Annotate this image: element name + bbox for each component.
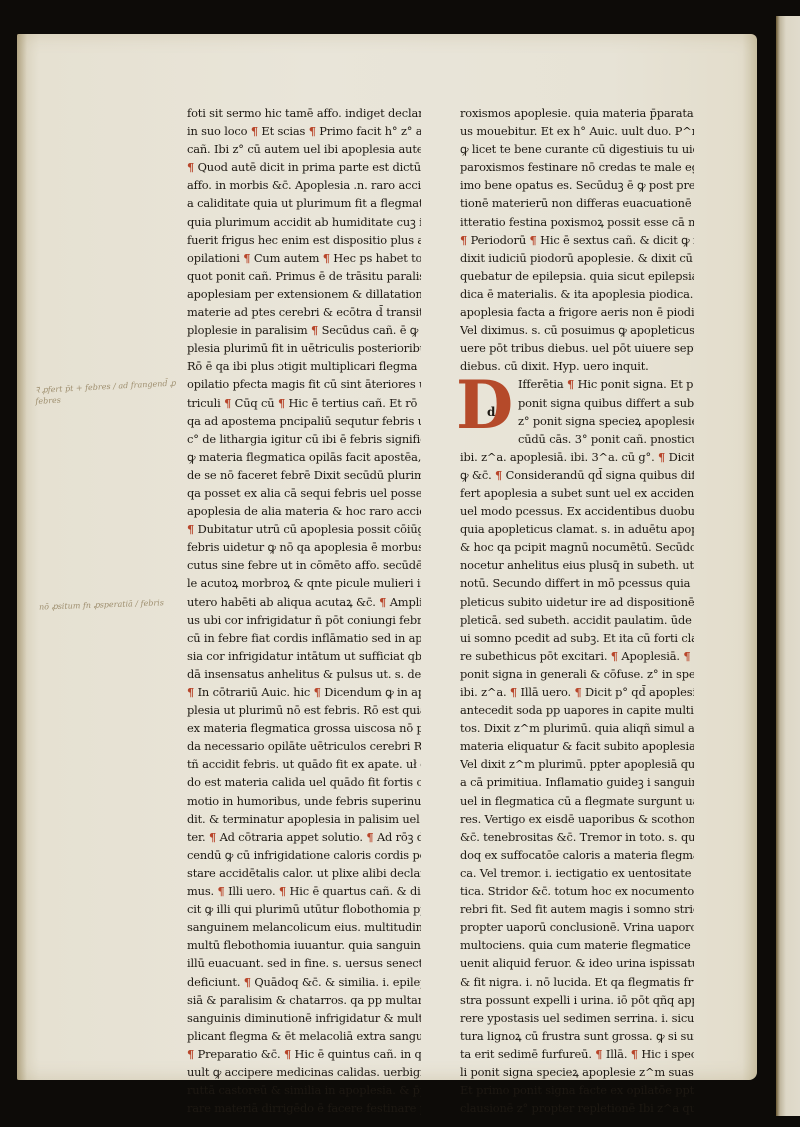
text-line: plicant flegma & ēt melacoliā extra sang… bbox=[187, 1027, 421, 1045]
text-line: stare accidētalis calor. ut plixe alibi … bbox=[187, 864, 421, 882]
text-line: rebri fit. Sed fit autem magis i somno s… bbox=[460, 900, 694, 918]
text-line: deficiunt. ¶ Quādoq &c̄. & similia. i. e… bbox=[187, 973, 421, 991]
text-line: tura lignoꝝ cū frustra sunt grossa. ꝙ si… bbox=[460, 1027, 694, 1045]
text-line: uere pōt tribus diebus. uel pōt uiuere s… bbox=[460, 339, 694, 357]
text-line: multū flebothomia iuuantur. quia sanguin… bbox=[187, 936, 421, 954]
rubric-paragraph-mark: ¶ bbox=[379, 595, 386, 609]
rubric-paragraph-mark: ¶ bbox=[278, 396, 285, 410]
rubric-paragraph-mark: ¶ bbox=[187, 685, 194, 699]
text-line: do est materia calida uel quādo fit fort… bbox=[187, 773, 421, 791]
right-column-opening-lines: roxismos apoplesie. quia materia p̄parat… bbox=[460, 104, 694, 375]
text-line: dixit iudiciū piodorū apoplesie. & dixit… bbox=[460, 249, 694, 267]
rubric-paragraph-mark: ¶ bbox=[314, 685, 321, 699]
text-line: rere ypostasis uel sedimen serrina. i. s… bbox=[460, 1009, 694, 1027]
text-line: cit ꝙ illi qui plurimū utūtur flobothomi… bbox=[187, 900, 421, 918]
rubric-paragraph-mark: ¶ bbox=[187, 1047, 194, 1061]
text-line: ruttā castoreū & similia in apoplesia. &… bbox=[187, 1081, 421, 1099]
text-line: sanguinem melancolicum eius. multitudine… bbox=[187, 918, 421, 936]
text-line: opilatio pfecta magis fit cū sint āterio… bbox=[187, 375, 421, 393]
rubric-paragraph-mark: ¶ bbox=[224, 396, 231, 410]
text-line: imo bene opatus es. Secūduꝫ ē ꝙ post pre… bbox=[460, 176, 694, 194]
text-line: Ifferētia ¶ Hic ponit signa. Et p° bbox=[518, 375, 694, 393]
text-line: propter uaporū conclusionē. Vrina uaporo… bbox=[460, 918, 694, 936]
rubric-paragraph-mark: ¶ bbox=[595, 1047, 602, 1061]
rubric-paragraph-mark: ¶ bbox=[209, 830, 216, 844]
text-line: motio in humoribus, unde febris superinu… bbox=[187, 792, 421, 810]
text-line: & hoc qa pcipit magnū nocumētū. Secūdo q… bbox=[460, 538, 694, 556]
text-line: febris uidetur ꝙ nō qa apoplesia ē morbu… bbox=[187, 538, 421, 556]
text-line: paroxismos festinare nō credas te male e… bbox=[460, 158, 694, 176]
rubricated-initial-D: D bbox=[456, 377, 514, 433]
text-line: quia plurimum accidit ab humiditate cuꝫ … bbox=[187, 213, 421, 231]
text-line: ¶ In cōtrariū Auic. hic ¶ Dicendum ꝙ in … bbox=[187, 683, 421, 701]
marginal-annotation-2: nō ꝓsitum fn ꝓsperatiā / febris bbox=[39, 596, 189, 612]
text-line: da necessario opilāte uētriculos cerebri… bbox=[187, 737, 421, 755]
text-line: de se nō faceret febrē Dixit secūdū plur… bbox=[187, 466, 421, 484]
text-line: siā & paralisim & chatarros. qa pp multa… bbox=[187, 991, 421, 1009]
text-line: cendū ꝙ cū infrigidatione caloris cordis… bbox=[187, 846, 421, 864]
rubric-paragraph-mark: ¶ bbox=[187, 522, 194, 536]
text-line: ibi. z^a. apoplesiā. ibi. 3^a. cū g°. ¶ … bbox=[460, 448, 694, 466]
text-line: uenit aliquid feruor. & ideo urina ispis… bbox=[460, 954, 694, 972]
text-line: antecedit soda pp uapores in capite mult… bbox=[460, 701, 694, 719]
rubric-paragraph-mark: ¶ bbox=[495, 468, 502, 482]
text-line: cutus sine febre ut in cōmēto affo. secū… bbox=[187, 556, 421, 574]
text-line: dica ē materialis. & ita apoplesia piodi… bbox=[460, 285, 694, 303]
rubric-paragraph-mark: ¶ bbox=[631, 1047, 638, 1061]
text-line: Et primo ponit signa facte ex opilatōe p… bbox=[460, 1081, 694, 1099]
rubric-paragraph-mark: ¶ bbox=[244, 975, 251, 989]
text-line: clausionē z° propter repletionē Ibi z^a … bbox=[460, 1099, 694, 1117]
text-line: us ubi cor infrigidatur ñ pōt coniungi f… bbox=[187, 611, 421, 629]
text-line: &c̄. tenebrositas &c̄. Tremor in toto. s… bbox=[460, 828, 694, 846]
text-line: ponit signa quibus differt a subet. bbox=[518, 394, 694, 412]
text-line: qa ad apostema pncipaliū sequtur febris … bbox=[187, 412, 421, 430]
text-line: Rō ē qa ibi plus ɔtigit multiplicari fle… bbox=[187, 357, 421, 375]
rubric-paragraph-mark: ¶ bbox=[284, 1047, 291, 1061]
book-gutter bbox=[757, 16, 776, 1116]
text-line: cūdū cās. 3° ponit cañ. pnosticum bbox=[518, 430, 694, 448]
text-line: materie ad ptes cerebri & ecōtra d̄ tran… bbox=[187, 303, 421, 321]
text-line: tñ accidit febris. ut quādo fit ex apate… bbox=[187, 755, 421, 773]
text-line: ꝙ licet te bene curante cū digestiuis tu… bbox=[460, 140, 694, 158]
text-line: tionē materierū non differas euacuationē… bbox=[460, 194, 694, 212]
text-line: stra possunt expelli i urina. iō pōt qñq… bbox=[460, 991, 694, 1009]
text-line: cū in febre fiat cordis inflāmatio sed i… bbox=[187, 629, 421, 647]
text-line: quia apopleticus clamat. s. in aduētu ap… bbox=[460, 520, 694, 538]
text-line: nocetur anhelitus eius plusq̄ in subeth.… bbox=[460, 556, 694, 574]
text-line: res. Vertigo ex eisdē uaporibus & scotho… bbox=[460, 810, 694, 828]
text-line: le acutoꝝ morbroꝝ & qnte picule mulieri … bbox=[187, 574, 421, 592]
text-line: cañ. Ibi z° cū autem uel ibi apoplesia a… bbox=[187, 140, 421, 158]
text-line: ponit signa in generali & cōfuse. z° in … bbox=[460, 665, 694, 683]
rubric-paragraph-mark: ¶ bbox=[311, 323, 318, 337]
text-line: foti sit sermo hic tamē affo. indiget de… bbox=[187, 104, 421, 122]
text-line: doq ex suffocatōe caloris a materia fleg… bbox=[460, 846, 694, 864]
text-line: li ponit signa specieꝝ apoplesie z^m sua… bbox=[460, 1063, 694, 1081]
text-line: illū euacuant. sed in fine. s. uersus se… bbox=[187, 954, 421, 972]
text-line: qa posset ex alia cā sequi febris uel po… bbox=[187, 484, 421, 502]
text-line: a caliditate quia ut plurimum fit a fleg… bbox=[187, 194, 421, 212]
text-line: & fit nigra. i. nō lucida. Et qa flegmat… bbox=[460, 973, 694, 991]
text-line: uel in flegmatica cū a flegmate surgunt … bbox=[460, 792, 694, 810]
rubric-paragraph-mark: ¶ bbox=[574, 685, 581, 699]
right-text-column: roxismos apoplesie. quia materia p̄parat… bbox=[460, 104, 694, 1117]
text-line: dit. & terminatur apoplesia in palisim u… bbox=[187, 810, 421, 828]
text-line: ¶ Periodorū ¶ Hic ē sextus cañ. & dicit … bbox=[460, 231, 694, 249]
marginal-annotation-1: Ꝛ̃ ꝓfert p̄t + febres / ad frangend̄ ꝓ f… bbox=[35, 377, 186, 407]
text-line: fuerit frigus hec enim est dispositio pl… bbox=[187, 231, 421, 249]
rubric-paragraph-mark: ¶ bbox=[187, 160, 194, 174]
text-line: materia eliquatur & facit subito apoples… bbox=[460, 737, 694, 755]
text-line: ca. Vel tremor. i. iectigatio ex uentosi… bbox=[460, 864, 694, 882]
text-line: ex materia flegmatica grossa uiscosa nō … bbox=[187, 719, 421, 737]
text-line: sia cor infrigidatur intātum ut sufficia… bbox=[187, 647, 421, 665]
rubric-paragraph-mark: ¶ bbox=[683, 649, 690, 663]
facing-page-edge bbox=[776, 16, 800, 1116]
text-line: uult ꝙ accipere medicinas calidas. uerbi… bbox=[187, 1063, 421, 1081]
text-line: pleticā. sed subeth. accidit paulatim. ū… bbox=[460, 611, 694, 629]
text-line: plesia plurimū fit in uētriculis posteri… bbox=[187, 339, 421, 357]
text-line: ¶ Quod autē dicit in prima parte est dic… bbox=[187, 158, 421, 176]
text-line: apoplesiam per extensionem & dillatation… bbox=[187, 285, 421, 303]
text-line: z° ponit signa specieꝝ apoplesie se bbox=[518, 412, 694, 430]
text-line: c° de lithargia igitur cū ibi ē febris s… bbox=[187, 430, 421, 448]
text-line: pleticus subito uidetur ire ad dispositi… bbox=[460, 593, 694, 611]
rubric-paragraph-mark: ¶ bbox=[658, 450, 665, 464]
rubric-paragraph-mark: ¶ bbox=[611, 649, 618, 663]
guide-letter: d bbox=[487, 403, 495, 421]
text-line: fert apoplesia a subet sunt uel ex accid… bbox=[460, 484, 694, 502]
rubric-paragraph-mark: ¶ bbox=[460, 233, 467, 247]
text-line: ꝙ materia flegmatica opilās facit apostē… bbox=[187, 448, 421, 466]
text-line: ¶ Preparatio &c̄. ¶ Hic ē quintus cañ. i… bbox=[187, 1045, 421, 1063]
text-line: a cā primitiua. Inflamatio guideꝫ i sang… bbox=[460, 773, 694, 791]
text-line: quebatur de epilepsia. quia sicut epilep… bbox=[460, 267, 694, 285]
text-line: Vel diximus. s. cū posuimus ꝙ apopleticu… bbox=[460, 321, 694, 339]
rubric-paragraph-mark: ¶ bbox=[251, 124, 258, 138]
text-line: ibi. z^a. ¶ Illā uero. ¶ Dicit p° qd̄ ap… bbox=[460, 683, 694, 701]
rubric-paragraph-mark: ¶ bbox=[567, 377, 574, 391]
text-line: apoplesia de alia materia & hoc raro acc… bbox=[187, 502, 421, 520]
left-text-column: foti sit sermo hic tamē affo. indiget de… bbox=[187, 104, 421, 1117]
rubric-paragraph-mark: ¶ bbox=[366, 830, 373, 844]
text-line: ploplesie in paralisim ¶ Secūdus cañ. ē … bbox=[187, 321, 421, 339]
text-line: in suo loco ¶ Et scias ¶ Primo facit h° … bbox=[187, 122, 421, 140]
text-line: dā insensatus anhelitus & pulsus ut. s. … bbox=[187, 665, 421, 683]
text-line: itteratio festina poxismoꝝ possit esse c… bbox=[460, 213, 694, 231]
text-line: sanguinis diminutionē infrigidatur & mul… bbox=[187, 1009, 421, 1027]
text-line: apoplesia facta a frigore aeris non ē pi… bbox=[460, 303, 694, 321]
text-line: notū. Secundo differt in mō pcessus quia… bbox=[460, 574, 694, 592]
text-line: Vel dixit z^m plurimū. ppter apoplesiā q… bbox=[460, 755, 694, 773]
right-column-remaining-lines: ibi. z^a. apoplesiā. ibi. 3^a. cū g°. ¶ … bbox=[460, 448, 694, 1117]
text-line: ta erit sedimē furfureū. ¶ Illā. ¶ Hic i… bbox=[460, 1045, 694, 1063]
rubric-paragraph-mark: ¶ bbox=[323, 251, 330, 265]
rubric-paragraph-mark: ¶ bbox=[279, 884, 286, 898]
text-line: uel modo pcessus. Ex accidentibus duobus… bbox=[460, 502, 694, 520]
text-line: ꝙ &c̄. ¶ Considerandū qd̄ signa quibus d… bbox=[460, 466, 694, 484]
text-line: opilationi ¶ Cum autem ¶ Hec ps habet to… bbox=[187, 249, 421, 267]
text-line: quot ponit cañ. Primus ē de trāsitu para… bbox=[187, 267, 421, 285]
text-line: tos. Dixit z^m plurimū. quia aliqñ simul… bbox=[460, 719, 694, 737]
rubric-paragraph-mark: ¶ bbox=[217, 884, 224, 898]
text-line: tica. Stridor &c̄. totum hoc ex nocument… bbox=[460, 882, 694, 900]
text-line: ter. ¶ Ad cōtraria appet solutio. ¶ Ad r… bbox=[187, 828, 421, 846]
rubric-paragraph-mark: ¶ bbox=[529, 233, 536, 247]
rubric-paragraph-mark: ¶ bbox=[510, 685, 517, 699]
text-line: roxismos apoplesie. quia materia p̄parat… bbox=[460, 104, 694, 122]
text-line: mus. ¶ Illi uero. ¶ Hic ē quartus cañ. &… bbox=[187, 882, 421, 900]
rubric-paragraph-mark: ¶ bbox=[243, 251, 250, 265]
text-line: ui somno pcedit ad subꝫ. Et ita cū forti… bbox=[460, 629, 694, 647]
text-line: triculi ¶ Cūq cū ¶ Hic ē tertius cañ. Et… bbox=[187, 394, 421, 412]
text-line: rare materiā dirrigēdo ē facere festinar… bbox=[187, 1099, 421, 1117]
text-line: plesia ut plurimū nō est febris. Rō est … bbox=[187, 701, 421, 719]
text-line: us mouebitur. Et ex h° Auic. uult duo. P… bbox=[460, 122, 694, 140]
text-line: utero habēti ab aliqua acutaꝝ &c̄. ¶ Amp… bbox=[187, 593, 421, 611]
rubric-paragraph-mark: ¶ bbox=[309, 124, 316, 138]
text-line: re subethicus pōt excitari. ¶ Apoplesiā.… bbox=[460, 647, 694, 665]
text-line: affo. in morbis &c̄. Apoplesia .n. raro … bbox=[187, 176, 421, 194]
text-line: multociens. quia cum materie flegmatice … bbox=[460, 936, 694, 954]
text-line: ¶ Dubitatur utrū cū apoplesia possit cōi… bbox=[187, 520, 421, 538]
